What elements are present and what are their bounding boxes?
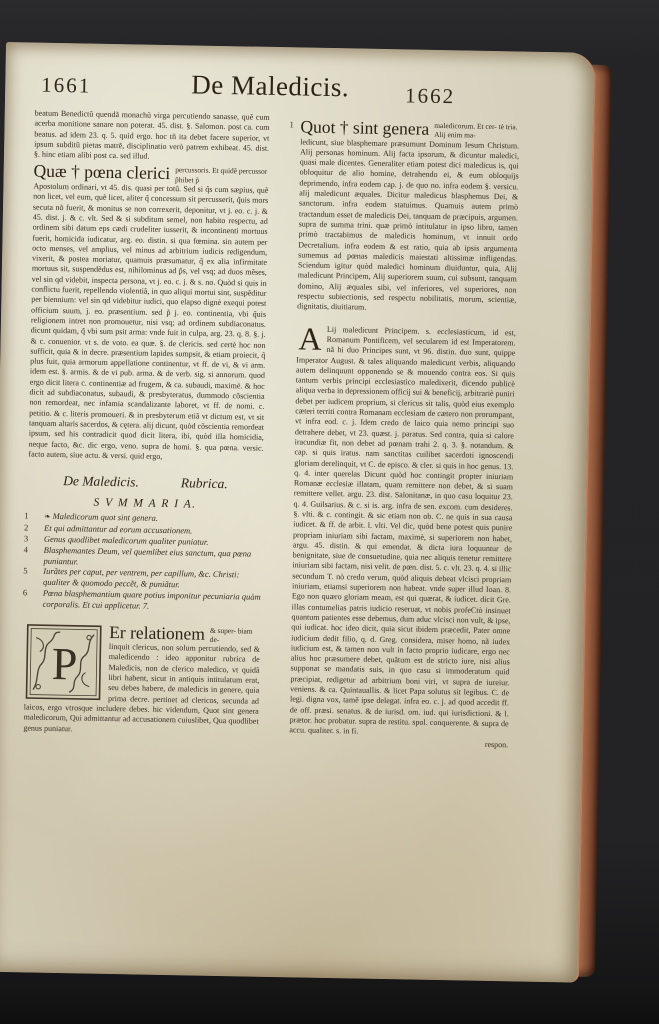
woodcut-initial-p: P <box>25 623 102 700</box>
heading-side-note: percussoris. Et quidẽ percussor p̃hibet … <box>175 165 269 186</box>
rubric-label: Rubrica. <box>181 475 228 492</box>
er-relationem-heading-row: Er relationem & super- biam de- <box>109 623 260 645</box>
summaria-item-number: 1 <box>24 511 28 522</box>
summaria-item-number: 2 <box>24 523 28 534</box>
photo-background: { "header": { "folio_left": "1661", "tit… <box>0 0 659 1024</box>
folio-number-right: 1662 <box>405 83 455 109</box>
paragraph-number-marker: 1 <box>289 119 293 129</box>
left-column: beatum Benedictũ quendã monachũ virga pe… <box>23 109 269 738</box>
rubric-heading: De Maledicis. Rubrica. <box>28 473 263 493</box>
heading-er-relationem: Er relationem <box>109 623 210 644</box>
book-page: 1661 De Maledicis. 1662 beatum Benedictũ… <box>0 42 596 983</box>
summaria-item-text: Blasphemantes Deum, vel quemlibet eius s… <box>43 545 251 566</box>
page-title: De Maledicis. <box>145 69 396 105</box>
summaria-item-number: 6 <box>23 587 27 598</box>
heading-quot-sint-genera: Quot † sint genera <box>300 117 434 138</box>
paragraph-quot-sint-genera: ledicunt, siue blasphemare præsumunt Dom… <box>297 137 519 316</box>
summaria-item: 6Pœna blasphemantium quare potius imponi… <box>26 587 261 613</box>
section-heading-quot-sint: 1 Quot † sint genera maledicorum. Et cer… <box>300 117 519 141</box>
alij-maledicunt-paragraph: A Lij maledicunt Principem. s. ecclesias… <box>289 324 516 750</box>
alij-maledicunt-text: Lij maledicunt Principem. s. ecclesiasti… <box>289 325 515 736</box>
er-relationem-side-note: & super- biam de- <box>210 624 261 645</box>
heading-side-note: maledicorum. Et cer- tè tria. Alij enim … <box>434 120 520 141</box>
rubric-title: De Maledicis. <box>63 473 139 490</box>
summaria-title: S V M M A R I A. <box>27 497 262 512</box>
summaria-list: 1❧Maledicorum quot sint genera. 2Et qui … <box>26 511 263 613</box>
summaria-item-text: Iurãtes per caput, per ventrem, per capi… <box>43 566 239 589</box>
summaria-item-text: Pœna blasphemantium quare potius imponit… <box>43 588 261 611</box>
er-relationem-paragraph: P Er relationem & super- biam de- linqui… <box>23 621 260 738</box>
book-page-wrap: 1661 De Maledicis. 1662 beatum Benedictũ… <box>0 42 616 987</box>
summaria-item-number: 5 <box>23 566 27 577</box>
right-column: 1 Quot † sint genera maledicorum. Et cer… <box>289 115 520 750</box>
paragraph-end-word: respon. <box>289 736 508 750</box>
heading-quae-poena-clerici: Quæ † pœna clerici <box>33 162 175 184</box>
folio-number-left: 1661 <box>41 73 91 99</box>
continuation-paragraph: beatum Benedictũ quendã monachũ virga pe… <box>34 109 270 165</box>
svg-text:P: P <box>51 638 78 689</box>
summaria-item-number: 4 <box>24 544 28 555</box>
summaria-item-number: 3 <box>24 533 28 544</box>
summaria-item-text: Maledicorum quot sint genera. <box>53 511 158 523</box>
paragraph-poena-clerici: Apostolum ordinari, vt 45. dis. quasi pe… <box>28 182 268 464</box>
drop-cap-a: A <box>296 324 327 353</box>
